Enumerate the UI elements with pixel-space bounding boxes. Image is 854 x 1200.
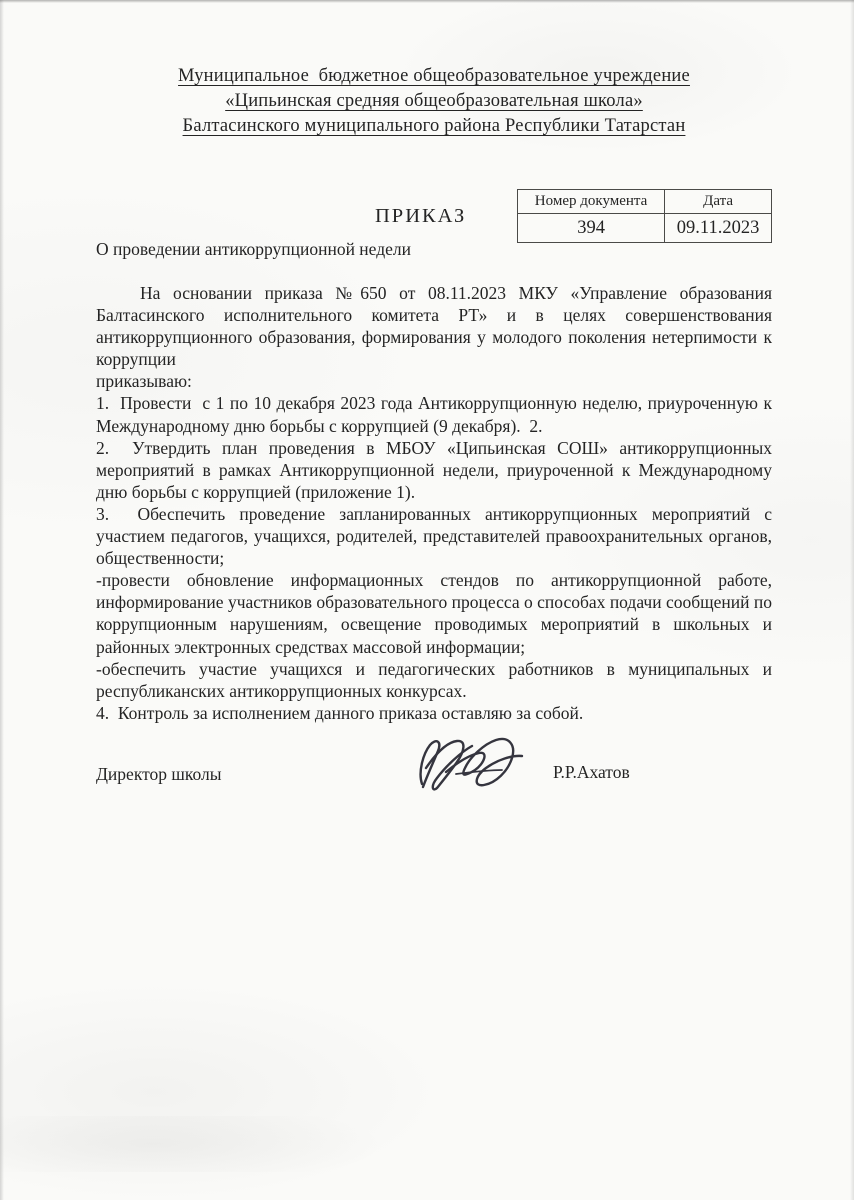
order-item-3-sub2: -обеспечить участие учащихся и педагогич… (96, 658, 772, 702)
order-title-row: ПРИКАЗ Номер документа Дата 394 09.11.20… (96, 139, 772, 238)
scan-edge-bottom-shading (0, 1116, 512, 1172)
organization-header: Муниципальное бюджетное общеобразователь… (96, 64, 772, 139)
scanned-order-document: Муниципальное бюджетное общеобразователь… (0, 0, 854, 1200)
organization-name-line3: Балтасинского муниципального района Респ… (96, 114, 772, 139)
order-item-3-sub1: -провести обновление информационных стен… (96, 569, 772, 657)
signature-mark-icon (412, 732, 532, 801)
order-item-4: 4. Контроль за исполнением данного прика… (96, 702, 772, 724)
table-header-row: Номер документа Дата (518, 190, 772, 214)
doc-date-header-cell: Дата (665, 190, 772, 214)
doc-date-value-cell: 09.11.2023 (665, 214, 772, 243)
organization-name-line2: «Ципьинская средняя общеобразовательная … (96, 89, 772, 114)
doc-number-value-cell: 394 (518, 214, 665, 243)
document-number-table: Номер документа Дата 394 09.11.2023 (517, 189, 772, 243)
table-value-row: 394 09.11.2023 (518, 214, 772, 243)
order-title: ПРИКАЗ (375, 205, 466, 228)
signatory-position-label: Директор школы (96, 764, 221, 785)
order-item-3: 3. Обеспечить проведение запланированных… (96, 503, 772, 569)
document-content: Муниципальное бюджетное общеобразователь… (0, 0, 854, 828)
signatory-name: Р.Р.Ахатов (553, 762, 630, 783)
organization-name-line1: Муниципальное бюджетное общеобразователь… (96, 64, 772, 89)
order-preamble: На основании приказа №650 от 08.11.2023 … (96, 282, 772, 370)
signature-block: Директор школы Р.Р.Ахатов (96, 738, 772, 828)
order-item-1: 1. Провести с 1 по 10 декабря 2023 года … (96, 392, 772, 436)
order-body: На основании приказа №650 от 08.11.2023 … (96, 282, 772, 724)
order-item-2: 2. Утвердить план проведения в МБОУ «Цип… (96, 437, 772, 503)
order-decree-word: приказываю: (96, 370, 772, 392)
doc-number-header-cell: Номер документа (518, 190, 665, 214)
